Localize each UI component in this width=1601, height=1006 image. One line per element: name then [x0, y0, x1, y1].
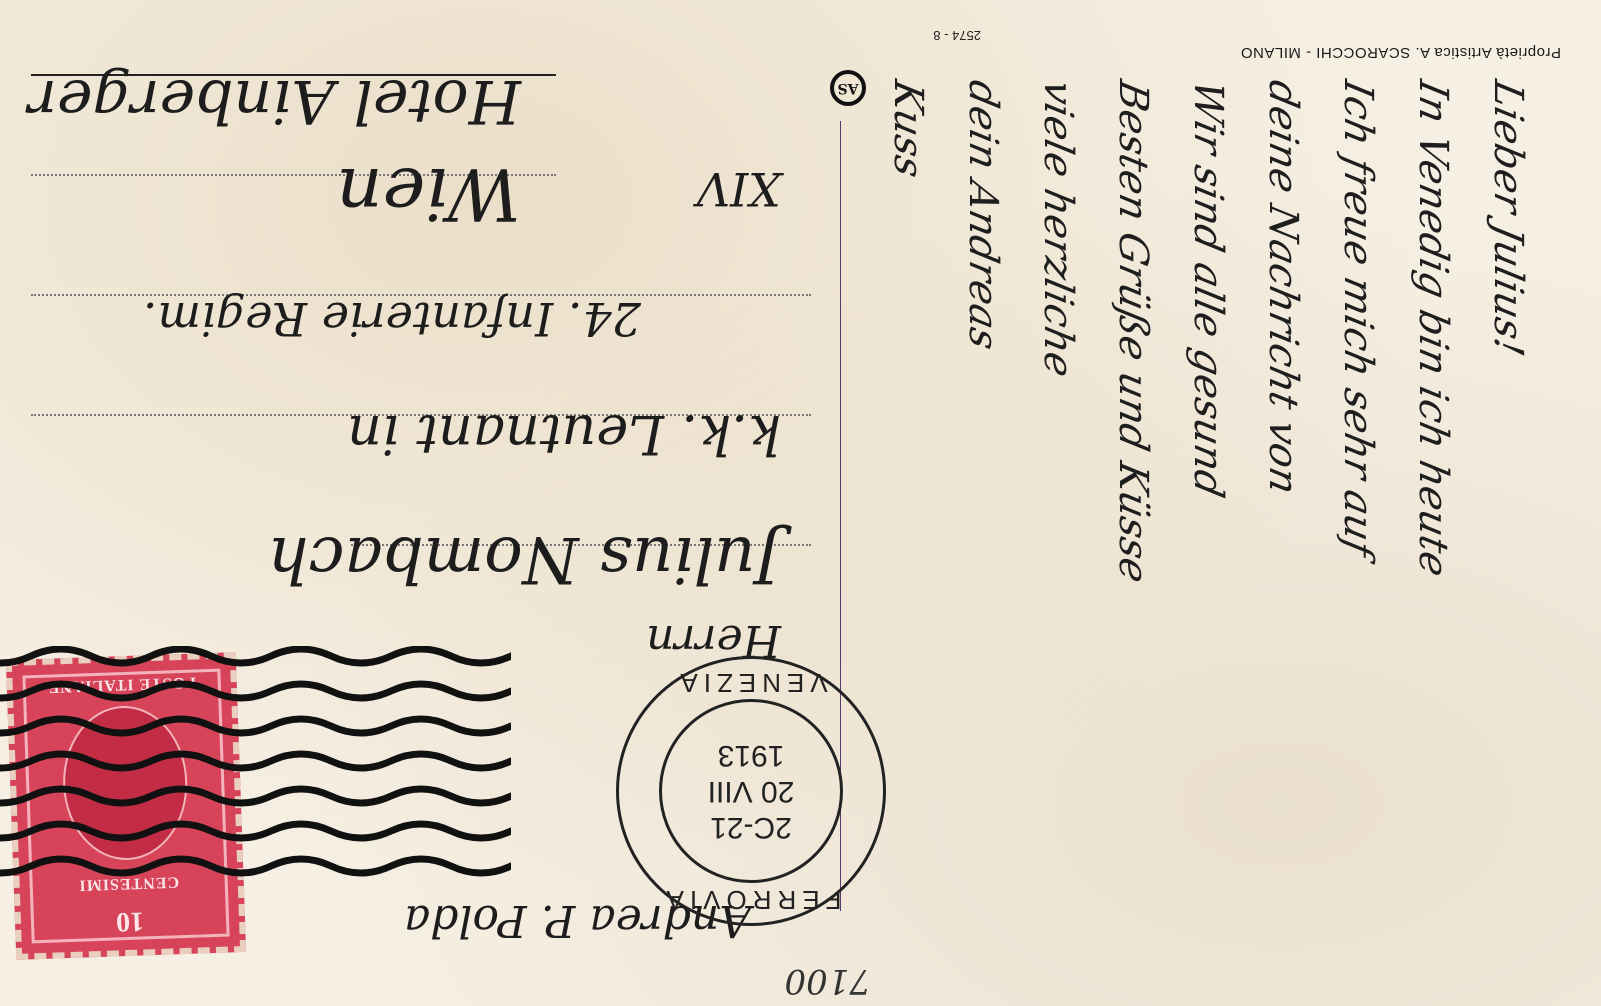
postmark-date: 20 VIII [708, 773, 795, 809]
message-line: Kuss [885, 76, 931, 182]
message-line: viele herzliche [1035, 76, 1081, 381]
address-district: XIV [697, 162, 781, 216]
postmark-time: 2C-21 [710, 809, 792, 845]
postmark-year: 1913 [718, 737, 785, 773]
message-line: Wir sind alle gesund [1185, 76, 1231, 501]
cancellation-wavy-lines-icon [0, 646, 511, 886]
postmark-type: FERROVIA [661, 884, 842, 915]
message-line: deine Nachricht von [1260, 76, 1306, 498]
handwritten-message: Lieber Julius! In Venedig bin ich heute … [851, 66, 1571, 966]
address-rank: k.k. Leutnant in [347, 403, 781, 466]
postmark: FERROVIA 2C-21 20 VIII 1913 VENEZIA [616, 656, 886, 926]
message-line: In Venedig bin ich heute [1410, 76, 1456, 581]
publisher-imprint: Proprietà Artistica A. SCAROCCHI - MILAN… [1240, 44, 1561, 61]
address-city: Wien [336, 152, 521, 236]
message-line: Lieber Julius! [1485, 76, 1531, 360]
message-line: dein Andreas [960, 76, 1006, 354]
postcard-content-rotated: Proprietà Artistica A. SCAROCCHI - MILAN… [0, 0, 1601, 1006]
address-name: Julius Nombach [267, 522, 781, 596]
pencil-note: 7100 [784, 961, 871, 1001]
stamp-value: 10 [115, 904, 144, 937]
address-regiment: 24. Infanterie Regim. [143, 292, 641, 346]
postcard: Proprietà Artistica A. SCAROCCHI - MILAN… [0, 0, 1601, 1006]
postmark-city: VENEZIA [674, 667, 827, 698]
serial-number: 2574 - 8 [933, 28, 981, 43]
message-line: Besten Grüße und Küsse [1110, 76, 1156, 587]
message-line: Ich freue mich sehr auf [1335, 76, 1381, 560]
address-hotel: Hotel Ainberger [28, 66, 521, 136]
